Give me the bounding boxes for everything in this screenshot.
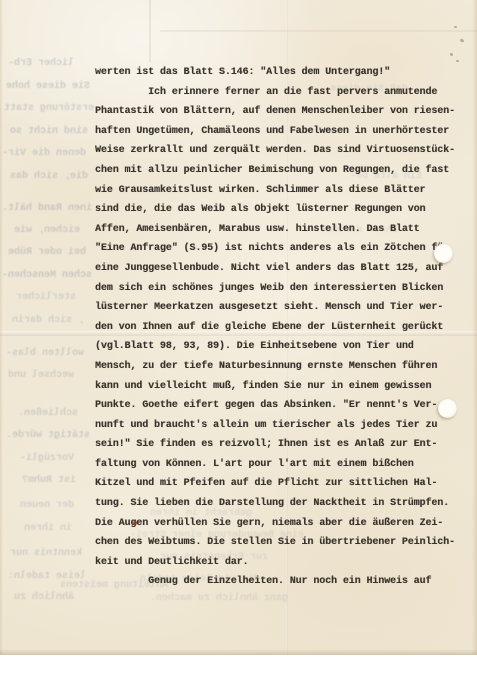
typed-line: keit und Deutlichkeit dar. [95,553,455,573]
typed-line: Affen, Ameisenbären, Marabus usw. hinste… [95,220,455,240]
typed-line: kann und vielleicht muß, finden Sie nur … [95,377,455,397]
typed-line: (vgl.Blatt 98, 93, 89). Die Einheitseben… [95,337,455,357]
typed-line: Mensch, zu der tiefe Naturbesinnung erns… [95,357,455,377]
typed-line: Weise zerkrallt und zerquält werden. Das… [95,141,455,161]
typed-line: wie Grausamkeitslust wirken. Schlimmer a… [95,181,455,201]
typed-line: Phantastik von Blättern, auf denen Mensc… [95,102,455,122]
red-ink-speck [133,521,137,525]
typed-line: Ich erinnere ferner an die fast pervers … [95,83,455,103]
typed-line: eine Junggesellenbude. Nicht viel anders… [95,259,455,279]
typed-line: sein!" Sie finden es reizvoll; Ihnen ist… [95,435,455,455]
pencil-mark [456,60,459,62]
typed-line: Die Augen verhüllen Sie gern, niemals ab… [95,514,455,534]
typed-line: faltung von Können. L'art pour l'art mit… [95,455,455,475]
hole-punch-bottom [438,399,457,418]
typed-line: Punkte. Goethe eifert gegen das Absinken… [95,396,455,416]
hole-punch-top [434,244,453,263]
paper-crease-horizontal [160,30,477,32]
paper-edge-left [0,0,3,655]
typed-line: Genug der Einzelheiten. Nur noch ein Hin… [95,572,455,592]
typed-line: werten ist das Blatt S.146: "Alles dem U… [95,63,455,83]
typed-line: haften Ungetümen, Chamäleons und Fabelwe… [95,122,455,142]
typed-line: "Eine Anfrage" (S.95) ist nichts anderes… [95,239,455,259]
typed-line: chen des Weibtums. Die stellen Sie in üb… [95,533,455,553]
paper-edge-right [472,0,477,655]
paper-crease-top [149,0,151,62]
typed-line: dem sich ein schönes junges Weib den int… [95,279,455,299]
typed-text-block: werten ist das Blatt S.146: "Alles dem U… [95,63,455,592]
typed-line: lüsterner Meerkatzen ausgesetzt sieht. M… [95,298,455,318]
typed-line: den von Ihnen auf die gleiche Ebene der … [95,318,455,338]
typed-line: sind die, die das Weib als Objekt lüster… [95,200,455,220]
typed-line: Kitzel und mit Pfeifen auf die Pflicht z… [95,474,455,494]
pencil-mark [454,26,457,28]
typed-line: chen mit allzu peinlicher Beimischung vo… [95,161,455,181]
pencil-mark [450,53,453,56]
typed-line: tung. Sie lieben die Darstellung der Nac… [95,494,455,514]
paper-edge-bottom [0,649,477,655]
typed-line: nunft und braucht's allein um tierischer… [95,416,455,436]
document-scan: licher Erb-Sie diese hoheerstörung statt… [0,0,477,675]
